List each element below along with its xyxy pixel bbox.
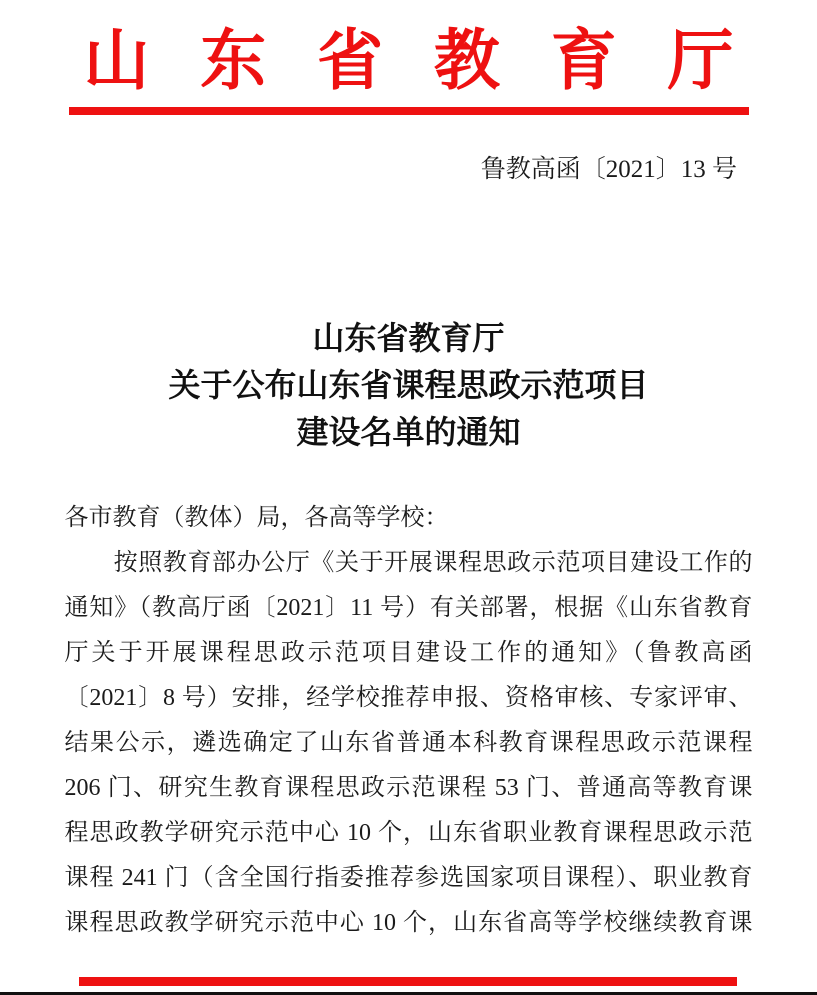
body-line-7: 程思政教学研究示范中心 10 个，山东省职业教育课程思政示范 <box>65 811 753 856</box>
footer-double-rule <box>79 977 737 986</box>
masthead-title: 山东省教育厅 <box>0 22 817 102</box>
doc-number: 鲁教高函〔2021〕13 号 <box>0 153 817 187</box>
body-line-4: 〔2021〕8 号）安排，经学校推荐申报、资格审核、专家评审、 <box>65 676 753 721</box>
body-line-3: 厅关于开展课程思政示范项目建设工作的通知》（鲁教高函 <box>65 631 753 676</box>
body-line-9: 课程思政教学研究示范中心 10 个，山东省高等学校继续教育课 <box>65 901 753 946</box>
document-page: 山东省教育厅 鲁教高函〔2021〕13 号 山东省教育厅 关于公布山东省课程思政… <box>0 0 817 995</box>
body-line-1: 按照教育部办公厅《关于开展课程思政示范项目建设工作的 <box>65 541 753 586</box>
notice-title-line-1: 山东省教育厅 <box>0 315 817 362</box>
body-line-8: 课程 241 门（含全国行指委推荐参选国家项目课程）、职业教育 <box>65 856 753 901</box>
header-double-rule <box>69 107 749 115</box>
body-paragraph: 各市教育（教体）局，各高等学校： 按照教育部办公厅《关于开展课程思政示范项目建设… <box>65 496 753 946</box>
notice-title-line-3: 建设名单的通知 <box>0 409 817 456</box>
body-line-6: 206 门、研究生教育课程思政示范课程 53 门、普通高等教育课 <box>65 766 753 811</box>
body-line-5: 结果公示，遴选确定了山东省普通本科教育课程思政示范课程 <box>65 721 753 766</box>
salutation: 各市教育（教体）局，各高等学校： <box>65 496 753 541</box>
notice-title: 山东省教育厅 关于公布山东省课程思政示范项目 建设名单的通知 <box>0 315 817 456</box>
notice-title-line-2: 关于公布山东省课程思政示范项目 <box>0 362 817 409</box>
body-line-2: 通知》（教高厅函〔2021〕11 号）有关部署，根据《山东省教育 <box>65 586 753 631</box>
